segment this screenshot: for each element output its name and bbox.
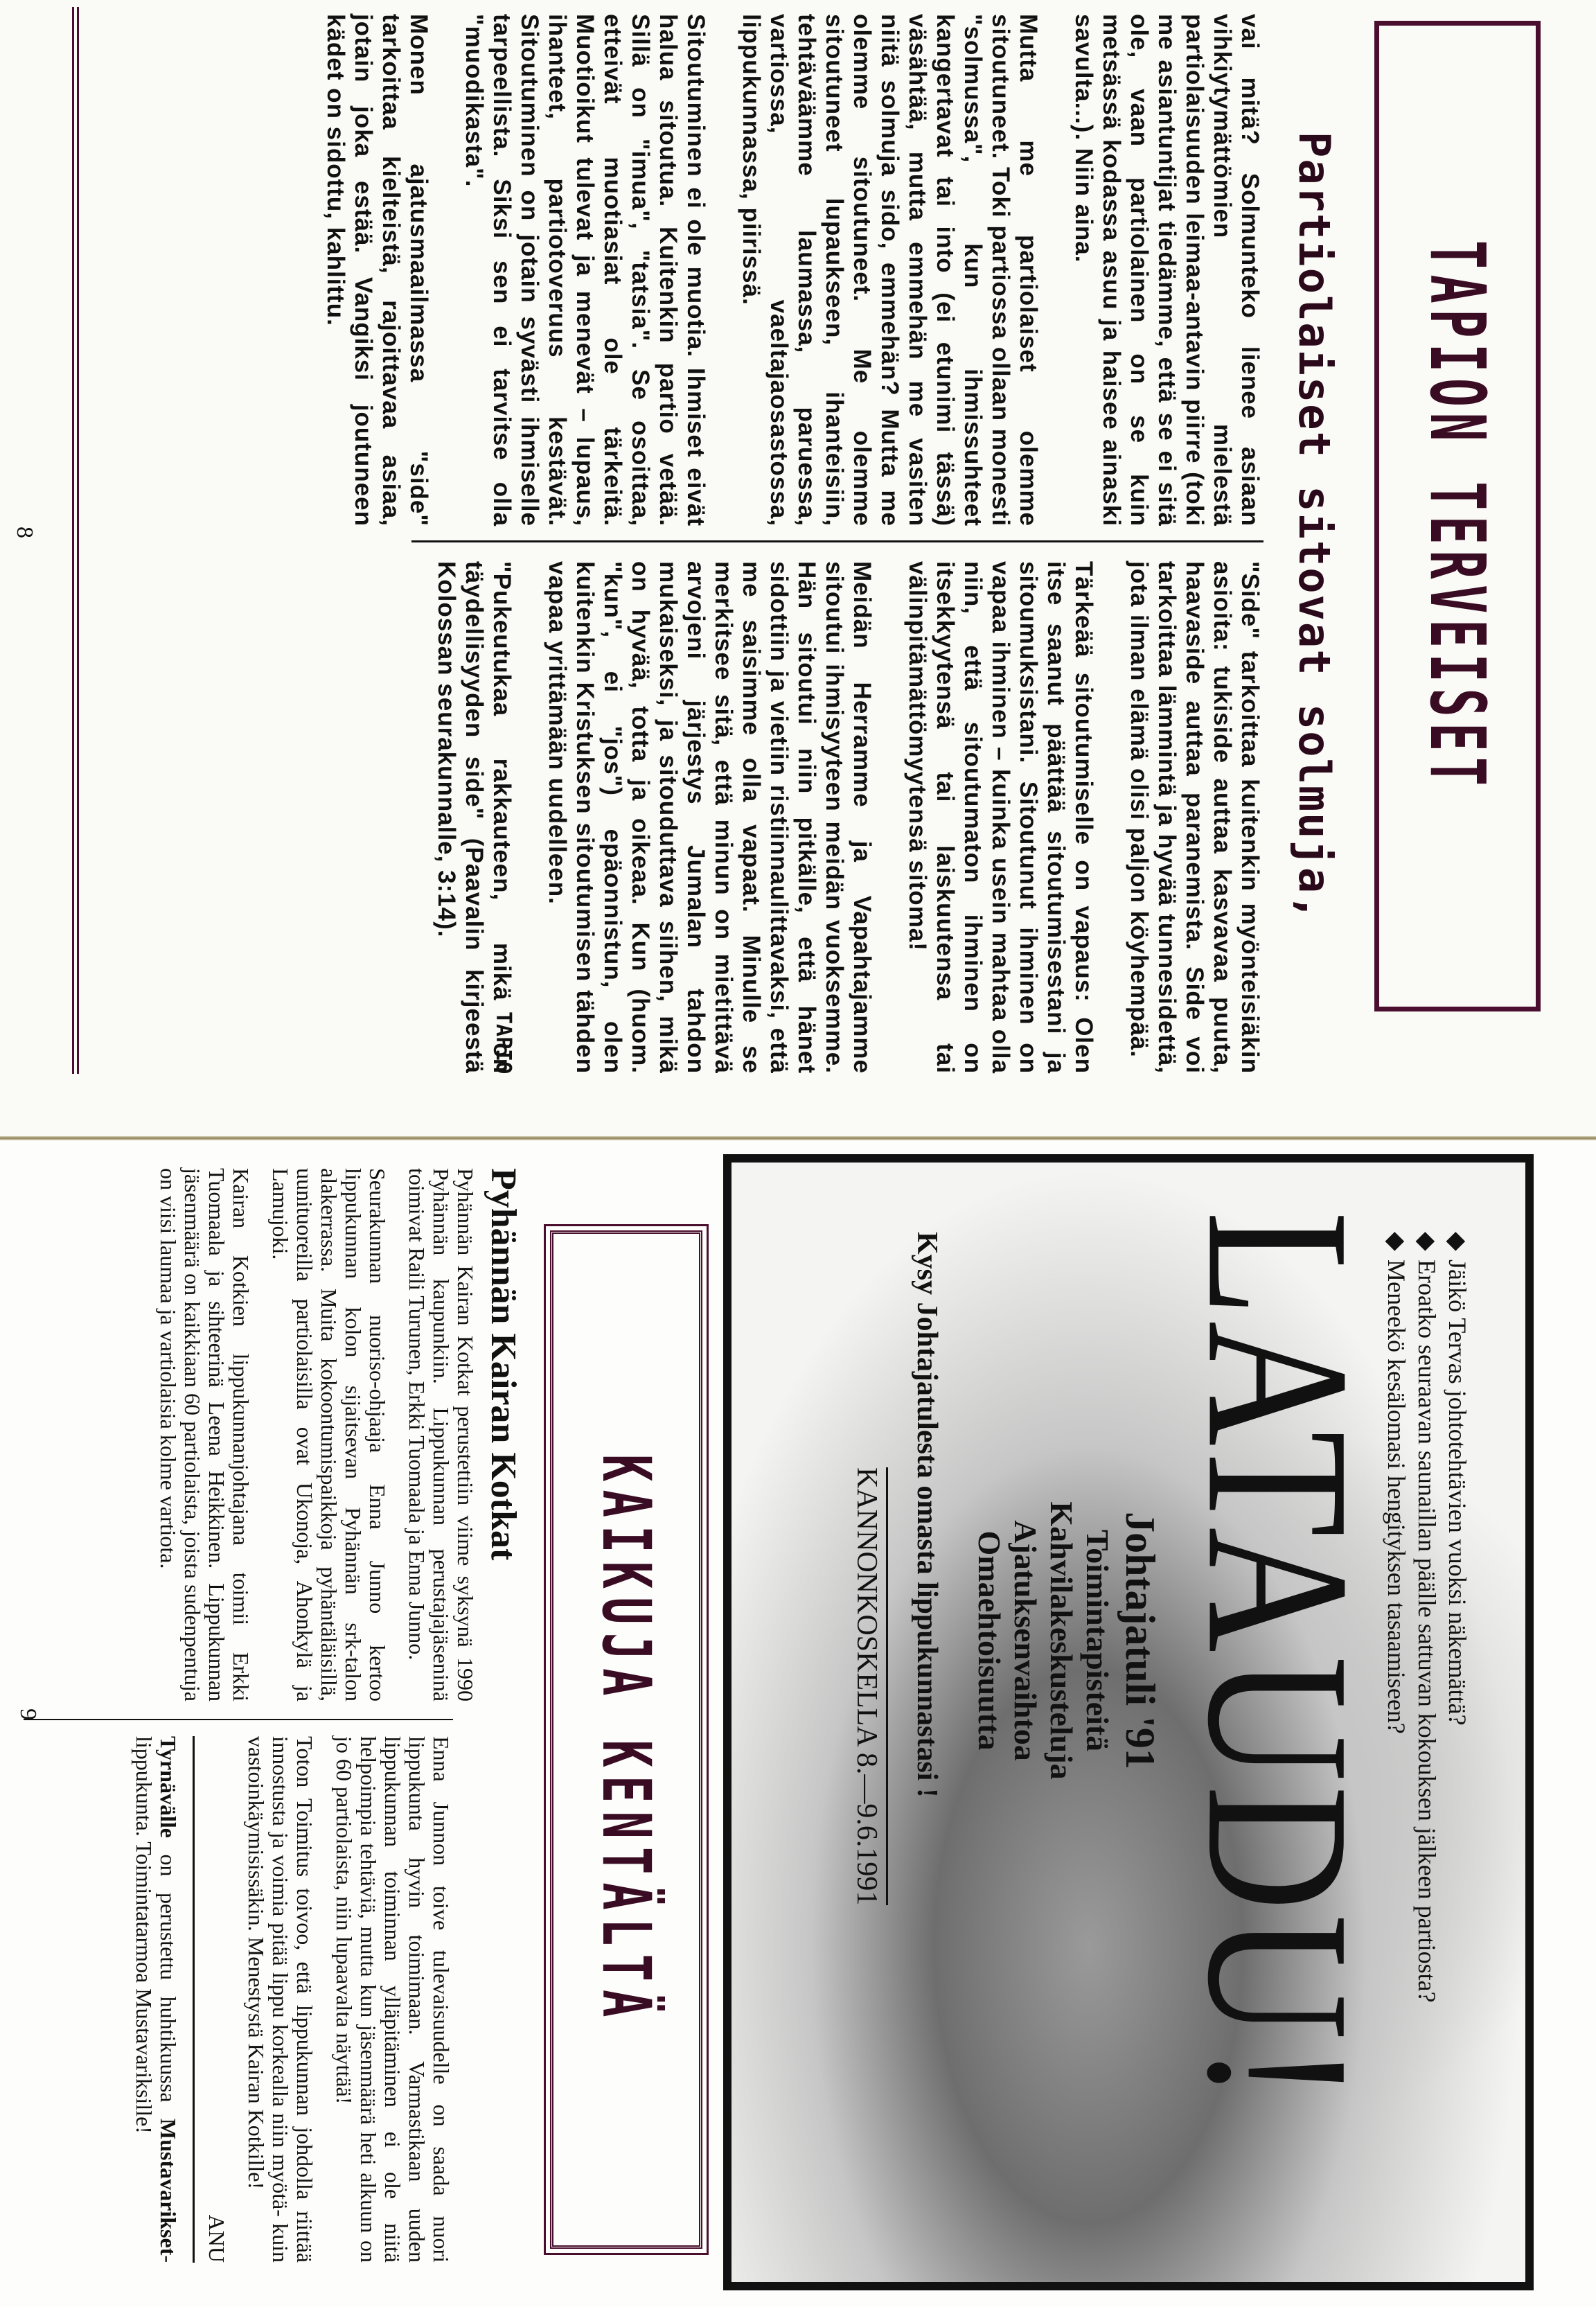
author-signature: TAPIO [491, 1011, 515, 1074]
column-divider [24, 1719, 453, 1720]
paragraph: Enna Junnon toive tulevaisuudelle on saa… [332, 1736, 453, 2263]
paragraph: Seurakunnan nuoriso-ohjaaja Enna Junno k… [268, 1168, 389, 1701]
ad-feature: Kahvilakeskusteluja [1043, 1391, 1079, 1890]
article-column-left: Pyhännän Kairan Kotkat Pyhännän Kairan K… [141, 1168, 515, 1701]
paragraph: vai mitä? Solmunteko lienee asiaan vihki… [1070, 14, 1263, 527]
ad-title: LATAUDU! [1176, 1211, 1380, 2106]
ad-place-date: KANNONKOSKELLA 8.—9.6.1991 [850, 1467, 888, 1905]
ad-bullet-list: Jäikö Tervas johtotehtävien vuoksi näkem… [1381, 1204, 1473, 2003]
paragraph: Monen ajatusmaailmassa "side" tarkoittaa… [321, 14, 432, 527]
paragraph: Pyhännän Kairan Kotkat perustettiin viim… [405, 1168, 477, 1701]
article-column-left: vai mitä? Solmunteko lienee asiaan vihki… [294, 14, 1263, 527]
section-title: KAIKUJA KENTÄLTÄ [587, 1454, 665, 2026]
paragraph: Mutta me partiolaiset olemme sitoutuneet… [737, 14, 1042, 527]
paragraph: "Pukeutukaa rakkauteen, mikä on täydelli… [432, 561, 515, 1074]
article-headline: Pyhännän Kairan Kotkat [491, 1168, 515, 1701]
paragraph: Meidän Herramme ja Vapahtajamme sitoutui… [543, 561, 876, 1074]
paragraph: Kairan Kotkien lippukunnanjohtajana toim… [156, 1168, 253, 1701]
notice-paragraph: Tyrnävälle on perustettu huhtikuussa Mus… [132, 1736, 180, 2263]
paragraph: Sitoutuminen ei ole muotia. Ihmiset eivä… [460, 14, 709, 527]
article-column-right: "Side" tarkoittaa kuitenkin myönteisiäki… [405, 561, 1263, 1074]
section-header-box: KAIKUJA KENTÄLTÄ [550, 1230, 702, 2249]
section-header-box: TAPION TERVEISET [1374, 21, 1541, 1011]
ad-call-to-action: Kysy Johtajatulesta omasta lippukunnasta… [910, 1232, 943, 1798]
article-column-right: Enna Junnon toive tulevaisuudelle on saa… [116, 1736, 453, 2263]
ad-bullet: Jäikö Tervas johtotehtävien vuoksi näkem… [1442, 1232, 1473, 2003]
section-rule [193, 1736, 195, 2263]
article-headline: Partiolaiset sitovat solmuja, [1289, 132, 1340, 922]
advertisement-box: Jäikö Tervas johtotehtävien vuoksi näkem… [723, 1154, 1534, 2290]
notice-lead: Tyrnävälle [156, 1736, 181, 1838]
paragraph: Tärkeää sitoutumiselle on vapaus: Olen i… [903, 561, 1097, 1074]
ad-feature: Omaehtoisuutta [971, 1391, 1007, 1890]
column-divider [411, 540, 1263, 542]
ad-event-name: Johtajatuli '91 [1115, 1391, 1165, 1890]
article-columns: vai mitä? Solmunteko lienee asiaan vihki… [86, 14, 1263, 1122]
paragraph: "Side" tarkoittaa kuitenkin myönteisiäki… [1125, 561, 1263, 1074]
page-8: TAPION TERVEISET Partiolaiset sitovat so… [0, 0, 1596, 1136]
page-9: Jäikö Tervas johtotehtävien vuoksi näkem… [0, 1140, 1596, 2307]
ad-bullet: Eroatko seuraavan saunaillan päälle satt… [1412, 1232, 1442, 2003]
byline: ANU [204, 1736, 229, 2263]
bottom-double-rule [72, 7, 79, 1074]
notice-text: on perustettu huhtikuussa [156, 1838, 181, 2119]
page-number: 9 [15, 1708, 41, 1720]
news-article: Pyhännän Kairan Kotkat Pyhännän Kairan K… [30, 1168, 515, 2290]
ad-event-details: Johtajatuli '91 Toimintapisteitä Kahvila… [971, 1391, 1165, 1890]
section-title: TAPION TERVEISET [1413, 240, 1502, 792]
ad-feature: Ajatuksenvaihtoa [1007, 1391, 1043, 1890]
paragraph: Toton Toimitus toivoo, että lippukunnan … [244, 1736, 317, 2263]
notice-troop-name: Mustavarikset [156, 2119, 181, 2255]
ad-feature: Toimintapisteitä [1079, 1391, 1115, 1890]
page-number: 8 [11, 527, 37, 538]
